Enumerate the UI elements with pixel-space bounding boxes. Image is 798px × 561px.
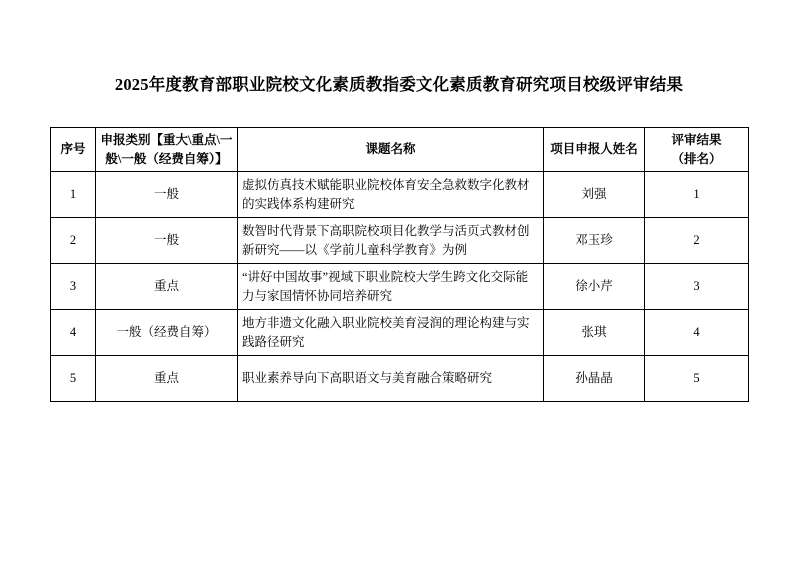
cell-seq: 5 (51, 356, 96, 402)
header-rank: 评审结果 （排名） (645, 128, 749, 172)
cell-category: 一般 (96, 218, 238, 264)
table-row: 4一般（经费自筹）地方非遗文化融入职业院校美育浸润的理论构建与实践路径研究张琪4 (51, 310, 749, 356)
cell-title: 虚拟仿真技术赋能职业院校体育安全急救数字化教材的实践体系构建研究 (238, 172, 544, 218)
cell-seq: 2 (51, 218, 96, 264)
header-category: 申报类别【重大\重点\一般\一般（经费自筹）】 (96, 128, 238, 172)
table-row: 1一般虚拟仿真技术赋能职业院校体育安全急救数字化教材的实践体系构建研究刘强1 (51, 172, 749, 218)
table-row: 2一般数智时代背景下高职院校项目化教学与活页式教材创新研究——以《学前儿童科学教… (51, 218, 749, 264)
document-page: 2025年度教育部职业院校文化素质教指委文化素质教育研究项目校级评审结果 序号 … (0, 0, 798, 561)
cell-rank: 3 (645, 264, 749, 310)
cell-seq: 4 (51, 310, 96, 356)
cell-rank: 4 (645, 310, 749, 356)
cell-seq: 1 (51, 172, 96, 218)
cell-applicant: 张琪 (544, 310, 645, 356)
cell-category: 重点 (96, 264, 238, 310)
cell-rank: 2 (645, 218, 749, 264)
cell-category: 一般（经费自筹） (96, 310, 238, 356)
cell-category: 重点 (96, 356, 238, 402)
cell-rank: 5 (645, 356, 749, 402)
document-title: 2025年度教育部职业院校文化素质教指委文化素质教育研究项目校级评审结果 (0, 75, 798, 95)
cell-seq: 3 (51, 264, 96, 310)
table-row: 5重点职业素养导向下高职语文与美育融合策略研究孙晶晶5 (51, 356, 749, 402)
cell-applicant: 刘强 (544, 172, 645, 218)
header-row: 序号 申报类别【重大\重点\一般\一般（经费自筹）】 课题名称 项目申报人姓名 … (51, 128, 749, 172)
header-seq: 序号 (51, 128, 96, 172)
cell-applicant: 徐小芹 (544, 264, 645, 310)
cell-title: “讲好中国故事”视域下职业院校大学生跨文化交际能力与家国情怀协同培养研究 (238, 264, 544, 310)
cell-title: 地方非遗文化融入职业院校美育浸润的理论构建与实践路径研究 (238, 310, 544, 356)
header-title: 课题名称 (238, 128, 544, 172)
cell-category: 一般 (96, 172, 238, 218)
cell-rank: 1 (645, 172, 749, 218)
table-body: 1一般虚拟仿真技术赋能职业院校体育安全急救数字化教材的实践体系构建研究刘强12一… (51, 172, 749, 402)
table-header: 序号 申报类别【重大\重点\一般\一般（经费自筹）】 课题名称 项目申报人姓名 … (51, 128, 749, 172)
results-table: 序号 申报类别【重大\重点\一般\一般（经费自筹）】 课题名称 项目申报人姓名 … (50, 127, 749, 402)
table-row: 3重点“讲好中国故事”视域下职业院校大学生跨文化交际能力与家国情怀协同培养研究徐… (51, 264, 749, 310)
cell-title: 数智时代背景下高职院校项目化教学与活页式教材创新研究——以《学前儿童科学教育》为… (238, 218, 544, 264)
cell-applicant: 邓玉珍 (544, 218, 645, 264)
cell-applicant: 孙晶晶 (544, 356, 645, 402)
cell-title: 职业素养导向下高职语文与美育融合策略研究 (238, 356, 544, 402)
header-applicant: 项目申报人姓名 (544, 128, 645, 172)
